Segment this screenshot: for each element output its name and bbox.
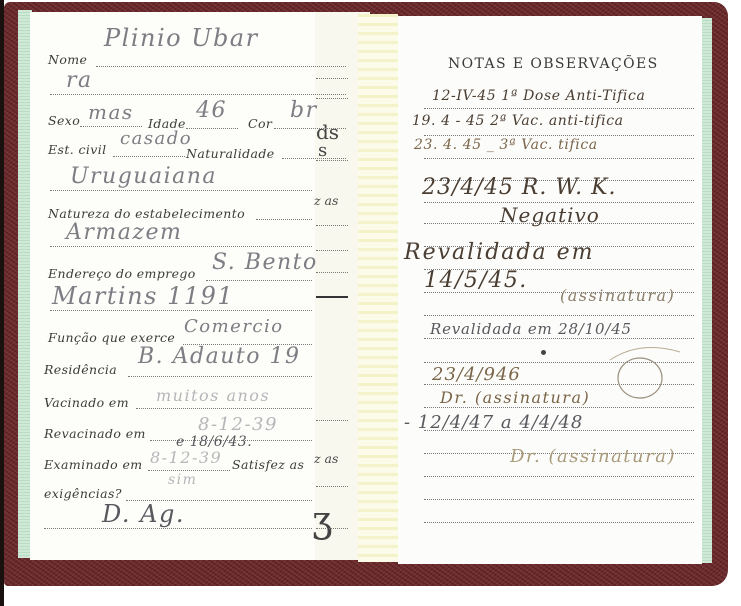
examinado-line xyxy=(148,470,230,471)
dotted-line xyxy=(316,78,348,79)
dotted-line xyxy=(316,225,348,226)
natureza-value: Armazem xyxy=(66,220,182,245)
vacinado-line xyxy=(136,408,312,409)
nome-line-2 xyxy=(50,94,346,95)
examinado-value: 8-12-39 xyxy=(150,448,222,467)
dotted-line xyxy=(316,420,348,421)
note-entry: 23/4/45 R. W. K. xyxy=(422,175,617,200)
note-line xyxy=(424,135,694,136)
naturalidade-line xyxy=(282,158,346,159)
dash-line xyxy=(316,296,348,298)
endereco-value-2: Martins 1191 xyxy=(52,282,234,310)
dotted-line xyxy=(316,98,348,99)
natureza-line xyxy=(256,219,312,220)
satisfez-label: Satisfez as xyxy=(232,457,304,472)
note-entry: 23/4/946 xyxy=(432,364,521,385)
endereco-value: S. Bento xyxy=(212,250,318,275)
note-entry: - 12/4/47 a 4/4/48 xyxy=(404,412,583,433)
note-entry: Negativo xyxy=(500,203,600,227)
note-line xyxy=(424,476,694,477)
note-line xyxy=(424,158,694,159)
cor-value: br xyxy=(290,98,318,123)
funcao-label: Função que exerce xyxy=(48,330,175,345)
nome-value: Plinio Ubar xyxy=(104,24,259,52)
cor-line xyxy=(274,128,346,129)
endereco-line xyxy=(206,280,312,281)
note-entry: 19. 4 - 45 2ª Vac. anti-tifica xyxy=(412,113,624,129)
bleed-text: z as xyxy=(314,193,338,208)
natureza-label: Natureza do estabelecimento xyxy=(48,206,245,221)
note-entry-signature: (assinatura) xyxy=(560,286,675,305)
sexo-value: mas xyxy=(88,100,134,124)
dotted-line xyxy=(316,528,348,529)
dotted-line xyxy=(316,272,348,273)
note-entry: Revalidada em 28/10/45 xyxy=(430,320,632,338)
endereco-label: Endereço do emprego xyxy=(48,266,196,281)
residencia-line xyxy=(128,376,312,377)
note-line xyxy=(424,338,694,339)
signature: D. Ag. xyxy=(102,500,185,528)
pen-loop-mark xyxy=(600,340,690,410)
endereco-line-2 xyxy=(50,310,312,311)
examinado-label: Examinado em xyxy=(44,457,143,472)
residencia-value: B. Adauto 19 xyxy=(138,344,300,369)
note-line xyxy=(424,108,694,109)
est-civil-value: casado xyxy=(120,128,192,149)
note-entry: 14/5/45. xyxy=(424,268,528,293)
dotted-line xyxy=(316,250,348,251)
note-entry: 12-IV-45 1ª Dose Anti-Tifica xyxy=(432,88,645,104)
dotted-line xyxy=(316,486,348,487)
natureza-line-2 xyxy=(50,246,312,247)
nome-value-2: ra xyxy=(66,68,93,93)
page-gutter xyxy=(358,14,398,562)
bleed-mark: ʒ xyxy=(312,500,332,541)
naturalidade-value: Uruguaiana xyxy=(70,164,217,189)
sexo-line xyxy=(80,126,142,127)
revacinado-value: 8-12-39 xyxy=(198,414,278,435)
signature-line xyxy=(44,528,312,529)
exigencias-label: exigências? xyxy=(44,486,122,501)
ink-dot xyxy=(541,350,546,355)
nome-label: Nome xyxy=(48,52,87,67)
idade-line xyxy=(186,128,238,129)
exigencias-value: sim xyxy=(168,472,197,488)
residencia-label: Residência xyxy=(44,362,117,377)
note-entry: Dr. (assinatura) xyxy=(440,388,590,407)
naturalidade-line-2 xyxy=(50,190,312,191)
note-line xyxy=(424,522,694,523)
vacinado-label: Vacinado em xyxy=(44,395,129,410)
note-line xyxy=(424,499,694,500)
note-entry: Revalidada em xyxy=(404,240,594,265)
idade-value: 46 xyxy=(196,98,227,123)
dotted-line xyxy=(316,160,348,161)
revacinado-label: Revacinado em xyxy=(44,426,146,441)
notes-title: NOTAS E OBSERVAÇÕES xyxy=(448,56,659,72)
vacinado-value: muitos anos xyxy=(156,386,270,405)
bleed-text: z as xyxy=(314,451,338,466)
note-entry: 23. 4. 45 _ 3ª Vac. tifica xyxy=(414,137,598,153)
est-civil-label: Est. civil xyxy=(48,142,107,157)
note-line xyxy=(424,315,694,316)
est-civil-line xyxy=(113,156,185,157)
funcao-value: Comercio xyxy=(184,316,284,337)
naturalidade-label: Naturalidade xyxy=(186,146,275,161)
cor-label: Cor xyxy=(248,116,272,131)
note-entry-signature: Dr. (assinatura) xyxy=(510,446,676,467)
sexo-label: Sexo xyxy=(48,113,80,128)
nome-line xyxy=(96,66,346,67)
